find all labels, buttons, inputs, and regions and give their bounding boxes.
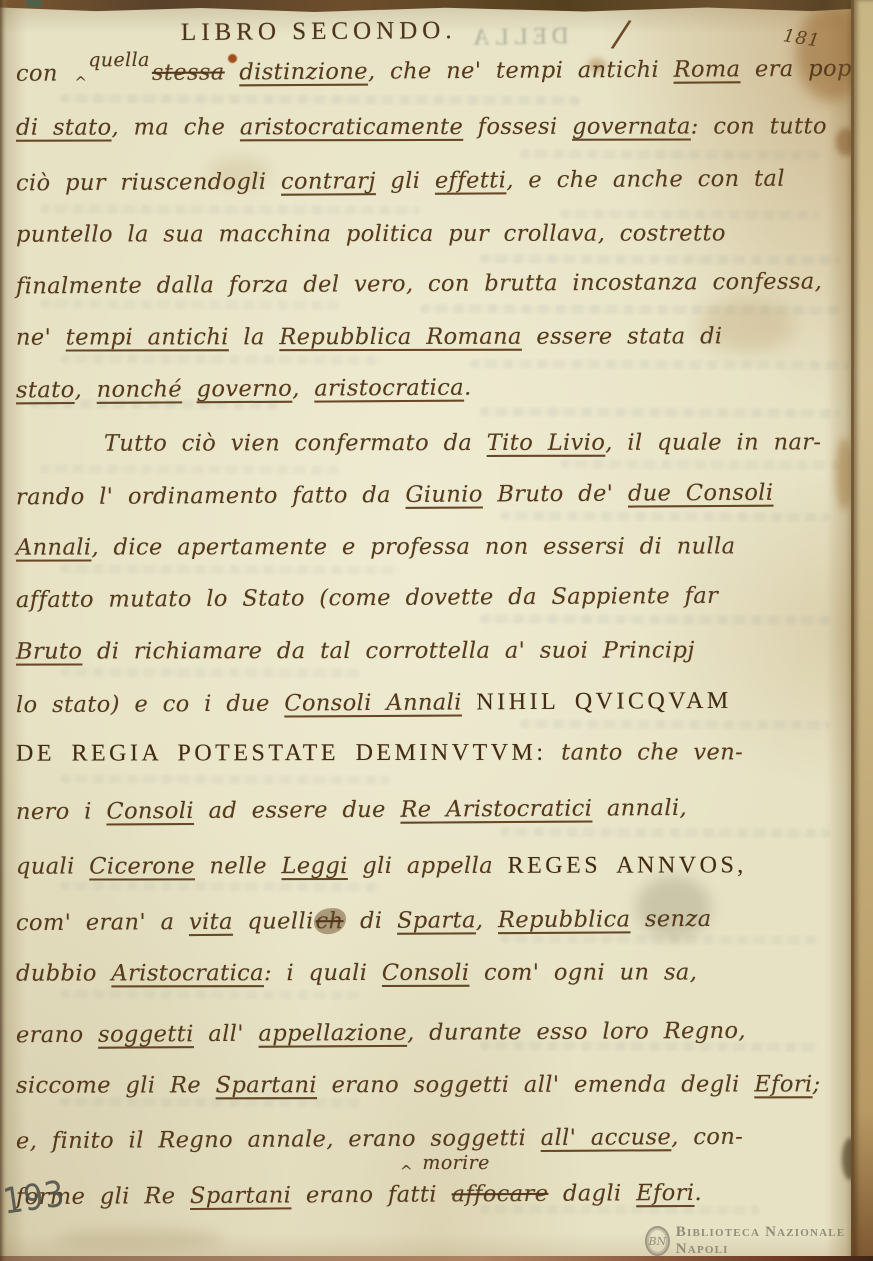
- top-edge-speck: [26, 0, 42, 8]
- text-segment: .: [464, 375, 472, 401]
- bleed-through-text: [480, 614, 830, 625]
- text-segment: finalmente dalla forza del vero, con bru…: [16, 269, 822, 300]
- text-segment: e, finito il Regno annale, erano soggett…: [16, 1125, 541, 1154]
- text-segment: la: [229, 324, 280, 350]
- manuscript-line: puntello la sua macchina politica pur cr…: [16, 220, 726, 247]
- manuscript-line: com' eran' a vita quellich di Sparta, Re…: [16, 906, 712, 936]
- bleed-through-text: [40, 204, 420, 215]
- page-title: LIBRO SECONDO.: [181, 17, 457, 47]
- bleed-through-text: [480, 407, 840, 418]
- text-segment: fossesi: [463, 114, 572, 140]
- text-segment: annali,: [592, 795, 687, 822]
- manuscript-line: di stato, ma che aristocraticamente foss…: [16, 113, 827, 140]
- text-segment: distinzione: [239, 59, 368, 86]
- manuscript-page: DELLA LIBRO SECONDO. / 181 con ^quellast…: [0, 0, 873, 1261]
- manuscript-line: ne' tempi antichi la Repubblica Romana e…: [16, 323, 723, 350]
- manuscript-line: ciò pur riuscendogli contrarj gli effett…: [16, 166, 785, 197]
- text-segment: , il quale in nar-: [605, 429, 821, 455]
- text-segment: Efori: [754, 1071, 812, 1097]
- text-segment: appellazione: [258, 1020, 407, 1047]
- text-segment: aristocraticamente: [240, 114, 463, 140]
- manuscript-line: e, finito il Regno annale, erano soggett…: [16, 1124, 743, 1154]
- binding-edge: [0, 0, 7, 1261]
- text-segment: governo: [197, 376, 293, 403]
- library-monogram: BN: [649, 1235, 667, 1248]
- bleed-through-text: [500, 511, 830, 521]
- text-segment: tempi antichi: [66, 324, 229, 350]
- text-segment: nero i: [16, 798, 107, 825]
- text-segment: .: [694, 1180, 702, 1206]
- text-segment: effetti: [435, 167, 507, 193]
- manuscript-line: forme gli Re Spartani erano fatti affoca…: [16, 1180, 702, 1210]
- text-segment: Repubblica: [498, 906, 631, 933]
- text-segment: con: [16, 60, 73, 86]
- library-stamp-icon: BN: [645, 1226, 670, 1256]
- bleed-through-text: [60, 354, 380, 364]
- text-segment: nonché: [97, 376, 183, 403]
- text-segment: lo stato) e co i due: [16, 691, 284, 719]
- bottom-edge: [0, 1256, 873, 1261]
- text-segment: : con tutto: [691, 113, 827, 139]
- text-segment: Consoli Annali: [284, 689, 462, 716]
- text-segment: DE REGIA POTESTATE DEMINVTVM:: [16, 740, 547, 767]
- text-segment: [225, 59, 240, 85]
- manuscript-line: dubbio Aristocratica: i quali Consoli co…: [16, 959, 697, 986]
- text-segment: NIHIL QVICQVAM: [476, 688, 731, 716]
- manuscript-line: Annali, dice apertamente e professa non …: [16, 533, 736, 560]
- text-segment: , durante esso loro Regno,: [407, 1018, 746, 1046]
- text-segment: stato: [16, 377, 75, 403]
- manuscript-line: DE REGIA POTESTATE DEMINVTVM: tanto che …: [16, 739, 743, 767]
- text-segment: di richiamare da tal corrottella a' suoi…: [82, 637, 694, 664]
- page-edge-shadow: [824, 0, 851, 1261]
- text-segment: ^: [74, 73, 87, 91]
- text-segment: Bruto de': [483, 481, 628, 508]
- text-segment: ne': [16, 325, 66, 351]
- manuscript-line: ^ morire: [398, 1152, 490, 1174]
- text-segment: gli appella: [348, 853, 508, 879]
- text-segment: [182, 376, 197, 402]
- text-segment: essere stata di: [522, 323, 723, 349]
- manuscript-line: rando l' ordinamento fatto da Giunio Bru…: [16, 480, 774, 511]
- bleed-through-text: [60, 1097, 360, 1107]
- text-segment: , che ne' tempi antichi: [368, 57, 674, 85]
- bleed-through-text: [470, 359, 850, 370]
- text-segment: ^: [400, 1162, 413, 1180]
- text-segment: quella: [88, 49, 150, 71]
- top-edge-band: [0, 0, 873, 13]
- text-segment: quelli: [233, 908, 314, 934]
- text-segment: Aristocratica: [111, 960, 264, 986]
- text-segment: Consoli: [382, 960, 470, 986]
- bleed-through-text: [60, 94, 580, 105]
- manuscript-line: Bruto di richiamare da tal corrottella a…: [16, 637, 695, 664]
- manuscript-line: affatto mutato lo Stato (come dovette da…: [16, 583, 718, 613]
- bleed-through-text: [60, 989, 360, 999]
- text-segment: aristocratica: [314, 375, 464, 402]
- text-segment: com' eran' a: [16, 909, 189, 936]
- text-segment: puntello la sua macchina politica pur cr…: [16, 220, 726, 247]
- text-segment: all' accuse: [541, 1124, 672, 1151]
- text-segment: erano fatti: [291, 1181, 451, 1208]
- text-segment: affatto mutato lo Stato (come dovette da…: [16, 583, 718, 613]
- text-segment: erano: [16, 1022, 98, 1049]
- bleed-through-text: [60, 564, 400, 574]
- bleed-through-text: [40, 464, 340, 474]
- bleed-through-text: [520, 719, 830, 729]
- paper-stain: [58, 1228, 223, 1250]
- manuscript-line: siccome gli Re Spartani erano soggetti a…: [16, 1071, 821, 1098]
- text-segment: soggetti: [98, 1021, 194, 1048]
- text-segment: Re Aristocratici: [400, 796, 592, 823]
- text-segment: governata: [572, 114, 691, 140]
- text-segment: ch: [314, 908, 346, 934]
- text-segment: ,: [75, 377, 97, 403]
- text-segment: Efori: [636, 1180, 694, 1206]
- text-segment: REGES ANNVOS,: [508, 852, 747, 878]
- bleed-through-text: [560, 459, 840, 469]
- text-segment: ,: [476, 907, 498, 933]
- manuscript-line: erano soggetti all' appellazione, durant…: [16, 1018, 746, 1048]
- text-segment: di stato: [16, 115, 112, 141]
- text-segment: ;: [813, 1071, 821, 1097]
- manuscript-line: con ^quellastessa distinzione, che ne' t…: [16, 55, 873, 86]
- bleed-through-text: [520, 149, 820, 159]
- bleed-through-text: [60, 667, 360, 677]
- text-segment: dagli: [548, 1180, 636, 1207]
- text-segment: contrarj: [281, 168, 376, 195]
- text-segment: Spartani: [216, 1072, 317, 1098]
- bleed-through-text: [60, 881, 380, 891]
- text-segment: Roma: [674, 56, 741, 82]
- text-segment: Tutto ciò vien confermato da: [104, 430, 487, 457]
- text-segment: ad essere due: [194, 797, 401, 824]
- text-segment: Tito Livio: [487, 430, 606, 456]
- text-segment: Consoli: [106, 798, 194, 825]
- text-segment: senza: [630, 906, 711, 932]
- text-segment: nelle: [195, 853, 282, 879]
- text-segment: Giunio: [405, 481, 482, 507]
- manuscript-line: lo stato) e co i due Consoli Annali NIHI…: [16, 688, 732, 719]
- text-segment: erano soggetti all' emenda degli: [317, 1071, 754, 1098]
- text-segment: Annali: [16, 534, 91, 560]
- text-segment: stessa: [152, 59, 225, 85]
- text-segment: Repubblica Romana: [279, 324, 522, 350]
- text-segment: di: [345, 908, 397, 934]
- text-segment: due Consoli: [628, 480, 774, 507]
- text-segment: all': [194, 1021, 259, 1047]
- text-segment: quali: [16, 854, 89, 880]
- text-segment: , dice apertamente e professa non essers…: [91, 533, 735, 560]
- text-segment: gli: [376, 168, 435, 194]
- text-segment: tanto che ven-: [547, 739, 744, 765]
- text-segment: affocare: [451, 1181, 548, 1208]
- text-segment: siccome gli Re: [16, 1072, 216, 1098]
- text-segment: Cicerone: [89, 853, 195, 879]
- text-segment: , ma che: [112, 114, 240, 140]
- bleed-through-text: [480, 254, 840, 265]
- manuscript-line: Tutto ciò vien confermato da Tito Livio,…: [104, 429, 821, 456]
- text-segment: morire: [414, 1152, 490, 1174]
- pencil-page-number: 193: [0, 1173, 67, 1223]
- text-segment: , con-: [671, 1124, 743, 1150]
- bleed-through-text: [40, 299, 340, 309]
- folio-number: 181: [782, 25, 822, 52]
- bleed-through-header: DELLA: [468, 23, 569, 51]
- bleed-through-text: [60, 774, 390, 784]
- text-segment: ciò pur riuscendogli: [16, 169, 281, 197]
- text-segment: Spartani: [190, 1182, 292, 1209]
- manuscript-line: nero i Consoli ad essere due Re Aristocr…: [16, 795, 687, 825]
- text-segment: com' ogni un sa,: [469, 959, 697, 985]
- bleed-through-text: [560, 209, 820, 219]
- bleed-through-text: [500, 827, 830, 837]
- manuscript-line: finalmente dalla forza del vero, con bru…: [16, 269, 822, 300]
- manuscript-line: quali Cicerone nelle Leggi gli appella R…: [16, 852, 747, 880]
- text-segment: Bruto: [16, 638, 82, 664]
- text-segment: Leggi: [282, 853, 348, 879]
- manuscript-line: stato, nonché governo, aristocratica.: [16, 375, 472, 404]
- text-segment: dubbio: [16, 960, 111, 986]
- text-segment: , e che anche con tal: [506, 166, 785, 194]
- ink-mark: /: [613, 13, 629, 55]
- text-segment: Sparta: [397, 907, 476, 933]
- text-segment: ,: [292, 376, 314, 402]
- text-segment: : i quali: [264, 960, 382, 986]
- text-segment: [462, 689, 477, 715]
- page-edge-strip: [851, 0, 873, 1261]
- text-segment: rando l' ordinamento fatto da: [16, 482, 406, 510]
- text-segment: vita: [189, 909, 233, 935]
